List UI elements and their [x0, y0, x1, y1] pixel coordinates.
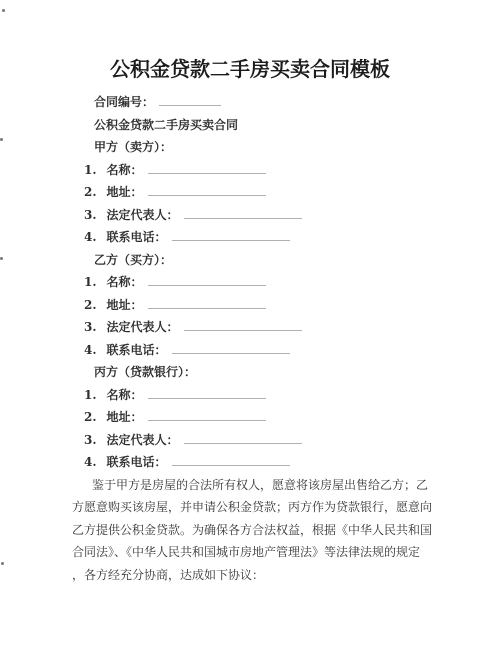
party-b-field-address: 2.地址：: [84, 294, 442, 317]
field-number: 1.: [84, 271, 97, 294]
party-c-field-address: 2.地址：: [84, 406, 442, 429]
field-label: 联系电话：: [107, 343, 167, 357]
field-label: 名称：: [107, 163, 143, 177]
field-number: 3.: [84, 316, 97, 339]
field-blank-line: [184, 433, 302, 444]
scan-noise-speck: [0, 138, 3, 141]
preamble-line: 合同法》、《中华人民共和国城市房地产管理法》等法律法规的规定: [72, 541, 442, 564]
preamble-line: ，各方经充分协商，达成如下协议：: [72, 564, 442, 587]
field-number: 2.: [84, 294, 97, 317]
field-label: 名称：: [107, 388, 143, 402]
field-blank-line: [184, 320, 302, 331]
field-label: 联系电话：: [107, 455, 167, 469]
party-a-field-legal-rep: 3.法定代表人：: [84, 204, 442, 227]
party-b-field-name: 1.名称：: [84, 271, 442, 294]
preamble-line: 方愿意购买该房屋，并申请公积金贷款；丙方作为贷款银行，愿意向: [72, 496, 442, 519]
party-a-heading: 甲方（卖方）：: [94, 136, 442, 159]
field-label: 名称：: [107, 275, 143, 289]
field-number: 1.: [84, 159, 97, 182]
party-a-field-name: 1.名称：: [84, 159, 442, 182]
field-label: 地址：: [107, 298, 143, 312]
field-blank-line: [148, 298, 266, 309]
party-a-field-phone: 4.联系电话：: [84, 226, 442, 249]
scan-noise-speck: [2, 9, 5, 12]
contract-number-label: 合同编号：: [94, 95, 154, 109]
document-title: 公积金贷款二手房买卖合同模板: [0, 56, 500, 83]
field-label: 联系电话：: [107, 230, 167, 244]
field-label: 地址：: [107, 410, 143, 424]
field-number: 1.: [84, 384, 97, 407]
party-a-field-address: 2.地址：: [84, 181, 442, 204]
party-c-field-phone: 4.联系电话：: [84, 451, 442, 474]
contract-document-page: 公积金贷款二手房买卖合同模板 合同编号： 公积金贷款二手房买卖合同 甲方（卖方）…: [0, 0, 500, 647]
field-blank-line: [184, 208, 302, 219]
field-label: 法定代表人：: [107, 320, 179, 334]
field-number: 4.: [84, 451, 97, 474]
field-blank-line: [148, 275, 266, 286]
field-blank-line: [172, 230, 290, 241]
party-b-field-legal-rep: 3.法定代表人：: [84, 316, 442, 339]
field-blank-line: [148, 163, 266, 174]
field-blank-line: [172, 455, 290, 466]
field-number: 2.: [84, 406, 97, 429]
party-b-field-phone: 4.联系电话：: [84, 339, 442, 362]
party-b-heading: 乙方（买方）：: [94, 249, 442, 272]
party-c-field-name: 1.名称：: [84, 384, 442, 407]
contract-number-line: 合同编号：: [94, 91, 442, 114]
field-number: 3.: [84, 204, 97, 227]
scan-noise-speck: [1, 562, 4, 565]
contract-number-blank-line: [159, 95, 221, 106]
field-blank-line: [148, 410, 266, 421]
party-c-field-legal-rep: 3.法定代表人：: [84, 429, 442, 452]
document-subtitle: 公积金贷款二手房买卖合同: [94, 114, 442, 137]
scan-noise-speck: [0, 257, 3, 260]
preamble-line: 鉴于甲方是房屋的合法所有权人，愿意将该房屋出售给乙方；乙: [72, 474, 442, 497]
party-c-heading: 丙方（贷款银行）：: [94, 361, 442, 384]
field-blank-line: [148, 388, 266, 399]
field-label: 法定代表人：: [107, 208, 179, 222]
preamble-line: 乙方提供公积金贷款。为确保各方合法权益，根据《中华人民共和国: [72, 519, 442, 542]
field-label: 法定代表人：: [107, 433, 179, 447]
field-number: 4.: [84, 339, 97, 362]
field-number: 3.: [84, 429, 97, 452]
preamble-paragraph: 鉴于甲方是房屋的合法所有权人，愿意将该房屋出售给乙方；乙 方愿意购买该房屋，并申…: [72, 474, 442, 587]
field-blank-line: [172, 343, 290, 354]
document-body: 合同编号： 公积金贷款二手房买卖合同 甲方（卖方）： 1.名称： 2.地址： 3…: [0, 91, 500, 586]
field-number: 4.: [84, 226, 97, 249]
field-number: 2.: [84, 181, 97, 204]
field-blank-line: [148, 185, 266, 196]
field-label: 地址：: [107, 185, 143, 199]
